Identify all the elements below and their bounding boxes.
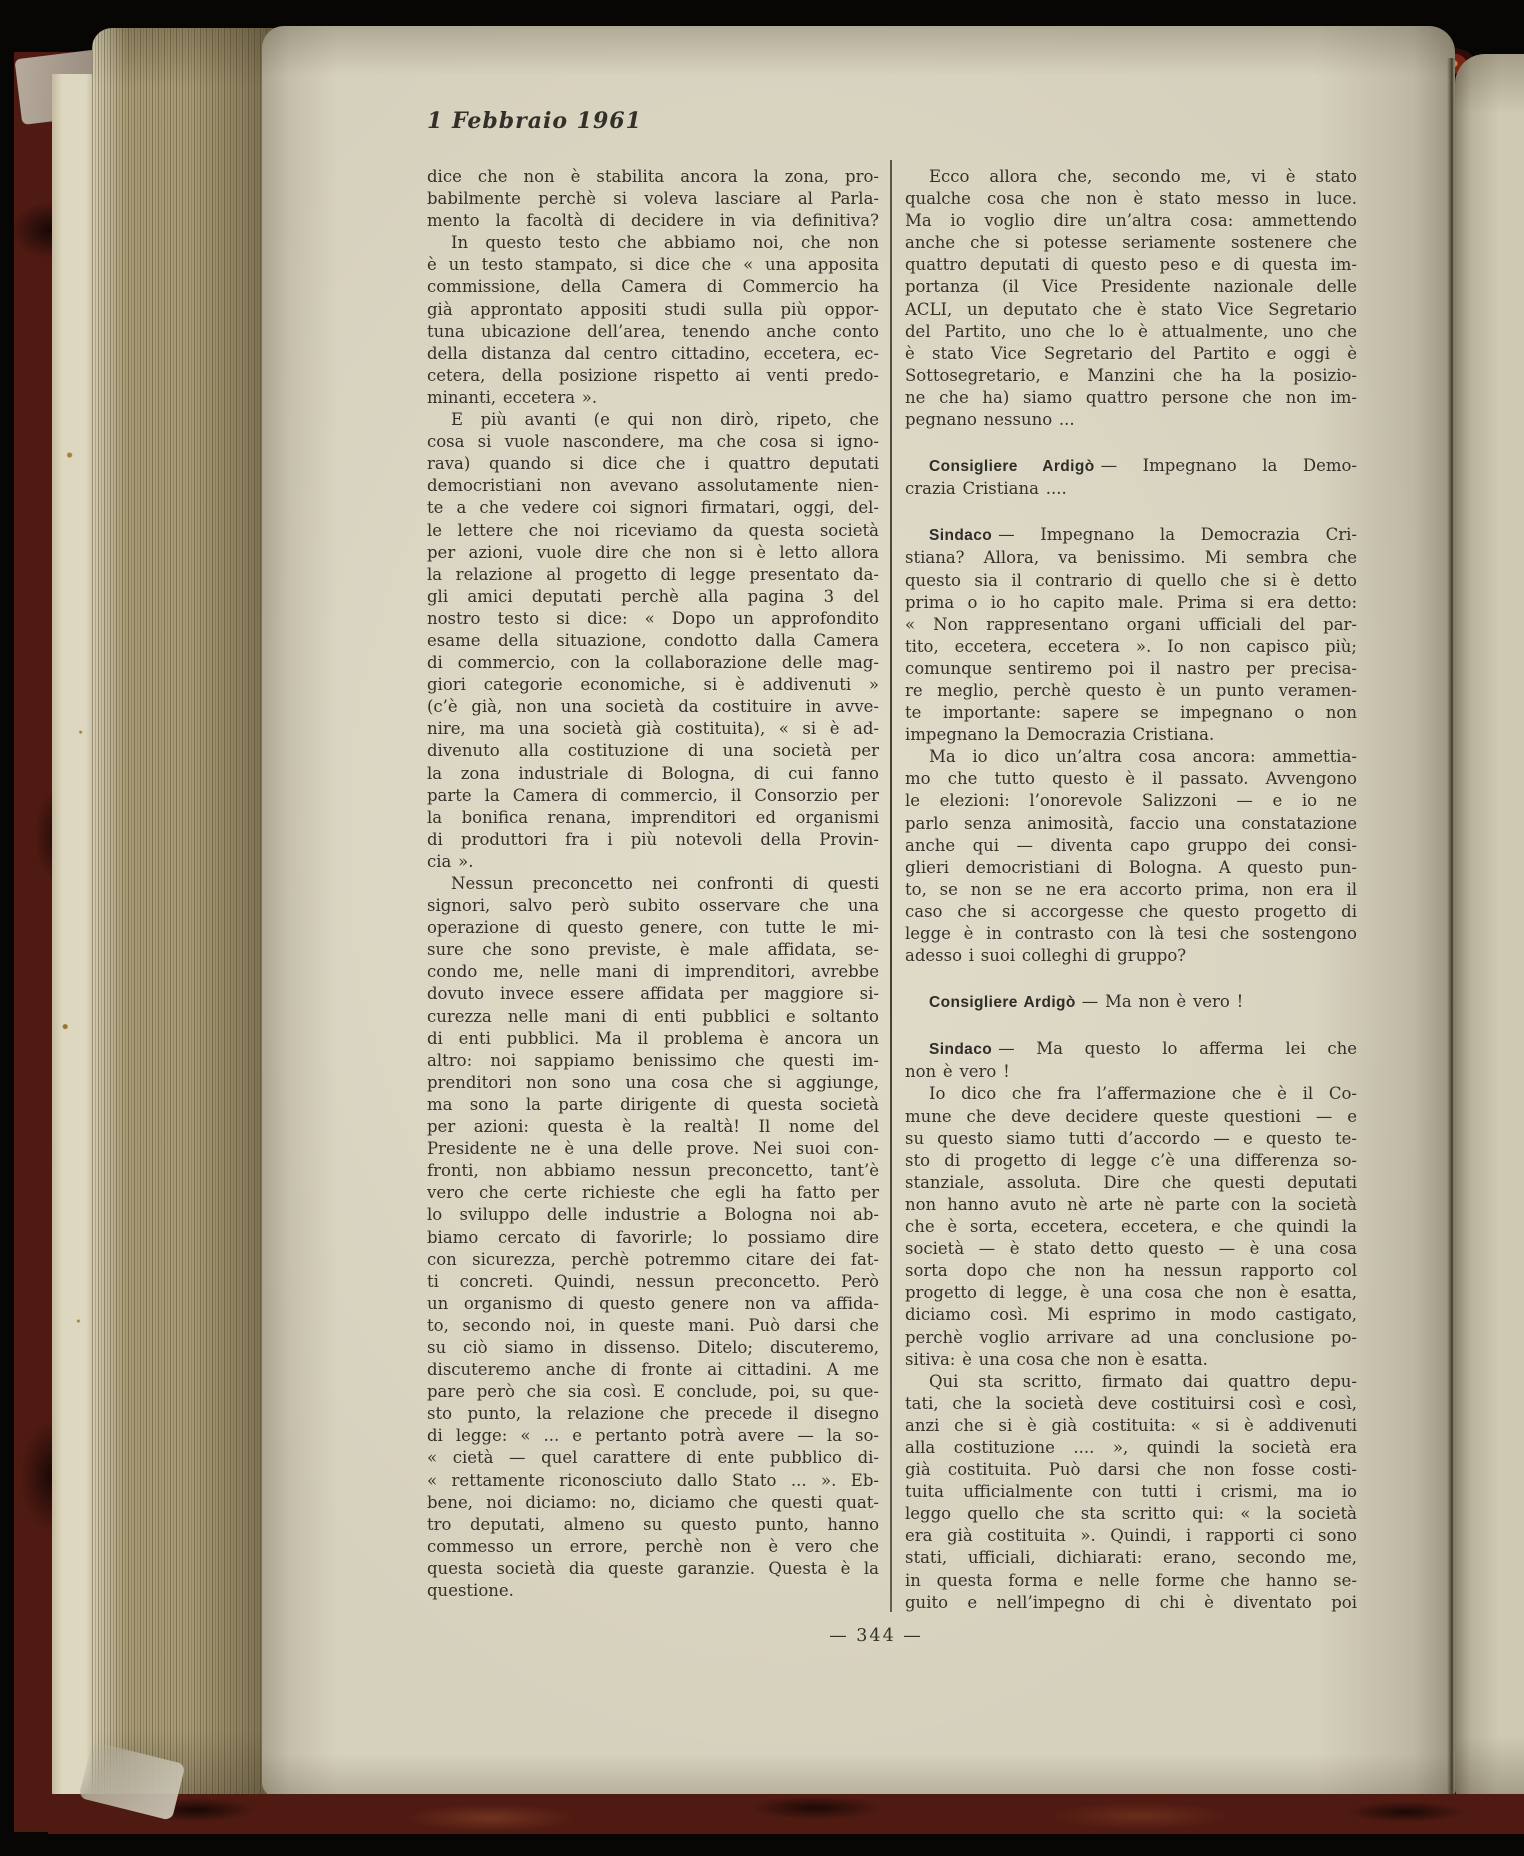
speech-text: — Impegnano la Democrazia Cri-	[998, 525, 1357, 544]
paragraph: dice che non è stabilita ancora la zona,…	[427, 166, 879, 232]
speech: Sindaco— Impegnano la Democrazia Cri- st…	[905, 524, 1357, 746]
speaker-name: Sindaco	[929, 527, 998, 544]
paragraph: In questo testo che abbiamo noi, che non…	[427, 232, 879, 409]
gutter-crease	[1447, 58, 1456, 1794]
speech-first-line: Consigliere Ardigò— Impegnano la Demo-	[905, 455, 1357, 478]
paragraph: Ecco allora che, secondo me, vi è statoq…	[905, 166, 1357, 431]
page-number: — 344 —	[760, 1626, 992, 1646]
paragraph: Nessun preconcetto nei confronti di ques…	[427, 873, 879, 1602]
speech-continuation: stiana? Allora, va benissimo. Mi sembra …	[905, 547, 1357, 746]
speech-text: — Ma questo lo afferma lei che	[998, 1039, 1357, 1058]
left-column: dice che non è stabilita ancora la zona,…	[427, 166, 879, 1602]
speech-text: — Impegnano la Demo-	[1101, 456, 1357, 475]
date-heading: 1 Febbraio 1961	[427, 108, 887, 134]
paragraph: Ma io dico un’altra cosa ancora: ammetti…	[905, 746, 1357, 967]
speech-first-line: Consigliere Ardigò— Ma non è vero !	[905, 991, 1357, 1014]
column-divider-rule	[890, 160, 892, 1612]
paragraph: Io dico che fra l’affermazione che è il …	[905, 1083, 1357, 1370]
page-stack-fore-edge	[92, 28, 288, 1800]
speech-continuation: non è vero !	[905, 1061, 1357, 1083]
speaker-name: Sindaco	[929, 1041, 998, 1058]
endpaper-edge	[52, 74, 96, 1806]
right-column: Ecco allora che, secondo me, vi è statoq…	[905, 166, 1357, 1614]
speech-text: — Ma non è vero !	[1082, 992, 1243, 1011]
speech: Consigliere Ardigò— Ma non è vero !	[905, 991, 1357, 1014]
paragraph: Qui sta scritto, firmato dai quattro dep…	[905, 1371, 1357, 1614]
book-scan: 1 Febbraio 1961 dice che non è stabilita…	[0, 0, 1524, 1856]
speaker-name: Consigliere Ardigò	[929, 994, 1082, 1011]
speech-continuation: crazia Cristiana ....	[905, 478, 1357, 500]
speech-first-line: Sindaco— Ma questo lo afferma lei che	[905, 1038, 1357, 1061]
speech: Sindaco— Ma questo lo afferma lei che no…	[905, 1038, 1357, 1083]
speaker-name: Consigliere Ardigò	[929, 458, 1101, 475]
facing-page-edge	[1455, 54, 1524, 1796]
speech: Consigliere Ardigò— Impegnano la Demo- c…	[905, 455, 1357, 500]
paragraph: E più avanti (e qui non dirò, ripeto, ch…	[427, 409, 879, 873]
speech-first-line: Sindaco— Impegnano la Democrazia Cri-	[905, 524, 1357, 547]
marbled-cover-bottom	[48, 1794, 1524, 1834]
